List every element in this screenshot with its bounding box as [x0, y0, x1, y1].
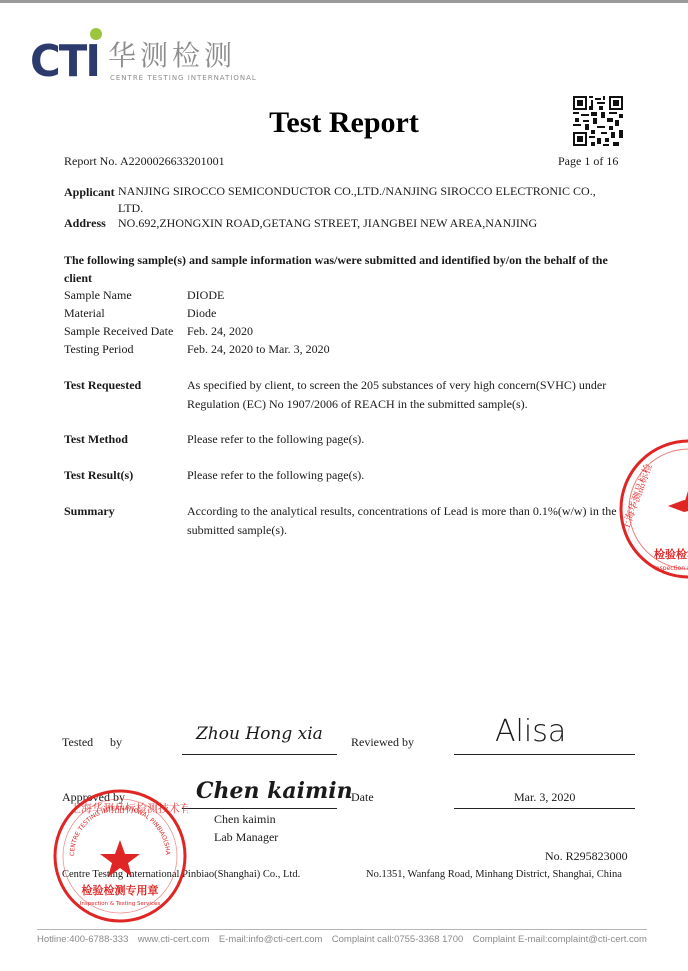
sample-name-label: Sample Name	[64, 287, 132, 304]
applicant-value: NANJING SIROCCO SEMICONDUCTOR CO.,LTD./N…	[118, 183, 618, 217]
test-results-label: Test Result(s)	[64, 467, 133, 484]
logo-chinese-name: 华测检测	[108, 40, 236, 72]
reviewed-label: Reviewed by	[351, 734, 414, 751]
date-label: Date	[351, 789, 374, 806]
footer-divider	[37, 929, 647, 930]
top-border	[0, 0, 688, 3]
summary-value: According to the analytical results, con…	[187, 502, 627, 540]
footer-website[interactable]: www.cti-cert.com	[138, 934, 210, 945]
test-results-value: Please refer to the following page(s).	[187, 467, 364, 484]
svg-text:Inspection & Testing Services: Inspection & Testing Services	[654, 565, 688, 572]
tested-by-label: by	[110, 734, 122, 751]
page-of: of	[593, 154, 603, 168]
testing-period-value: Feb. 24, 2020 to Mar. 3, 2020	[187, 341, 330, 358]
page-indicator: Page 1 of 16	[558, 153, 618, 170]
svg-text:上海华测品标检: 上海华测品标检	[619, 462, 655, 532]
footer-email[interactable]: E-mail:info@cti-cert.com	[219, 934, 323, 945]
date-value: Mar. 3, 2020	[514, 789, 575, 806]
footer-hotline: Hotline:400-6788-333	[37, 934, 128, 945]
logo-english-name: CENTRE TESTING INTERNATIONAL	[110, 74, 257, 82]
received-date-label: Sample Received Date	[64, 323, 173, 340]
svg-text:检验检测专用章: 检验检测专用章	[654, 547, 688, 561]
document-title: Test Report	[0, 106, 688, 140]
approver-signature-line	[182, 808, 337, 809]
applicant-label: Applicant	[64, 184, 115, 201]
testing-period-label: Testing Period	[64, 341, 134, 358]
test-method-value: Please refer to the following page(s).	[187, 431, 364, 448]
tested-label: Tested	[62, 734, 93, 751]
reviewer-signature: Alisa	[495, 714, 566, 749]
inspection-seal-stamp-icon: CENTRE TESTING INTERNATIONAL PINBIAO(SHA…	[52, 788, 188, 924]
test-method-label: Test Method	[64, 431, 128, 448]
svg-text:上海华测品标检测技术有限公司: 上海华测品标检测技术有限公司	[70, 801, 188, 815]
approver-title: Lab Manager	[214, 829, 278, 846]
tester-signature: Zhou Hong xia	[196, 724, 323, 744]
approver-name: Chen kaimin	[214, 811, 276, 828]
date-line	[454, 808, 635, 809]
svg-text:检验检测专用章: 检验检测专用章	[82, 883, 159, 897]
test-requested-value: As specified by client, to screen the 20…	[187, 376, 627, 414]
page-total: 16	[606, 154, 618, 168]
company-seal-stamp-icon: 检验检测专用章 Inspection & Testing Services 上海…	[614, 436, 688, 582]
sample-name-value: DIODE	[187, 287, 224, 304]
address-value: NO.692,ZHONGXIN ROAD,GETANG STREET, JIAN…	[118, 215, 537, 232]
report-no-value: A2200026633201001	[120, 153, 225, 170]
test-requested-label: Test Requested	[64, 377, 141, 394]
report-no-label: Report No.	[64, 153, 117, 170]
footer-contact: Hotline:400-6788-333 www.cti-cert.com E-…	[37, 934, 647, 945]
received-date-value: Feb. 24, 2020	[187, 323, 253, 340]
cti-logo: CTI 华测检测 CENTRE TESTING INTERNATIONAL	[30, 28, 260, 88]
footer-complaint-email[interactable]: Complaint E-mail:complaint@cti-cert.com	[473, 934, 647, 945]
page-current: 1	[584, 154, 590, 168]
footer-complaint-call: Complaint call:0755-3368 1700	[332, 934, 464, 945]
material-value: Diode	[187, 305, 216, 322]
certificate-number: No. R295823000	[545, 848, 628, 865]
material-label: Material	[64, 305, 105, 322]
summary-label: Summary	[64, 503, 115, 520]
issuer-address: No.1351, Wanfang Road, Minhang District,…	[366, 866, 622, 883]
approver-signature: Chen kaimin	[196, 778, 353, 804]
svg-text:Inspection & Testing Services: Inspection & Testing Services	[80, 901, 161, 907]
svg-text:CENTRE TESTING INTERNATIONAL P: CENTRE TESTING INTERNATIONAL PINBIAO(SHA…	[52, 788, 171, 856]
sample-intro: The following sample(s) and sample infor…	[64, 251, 624, 287]
logo-mark: CTI	[30, 40, 99, 84]
address-label: Address	[64, 215, 106, 232]
tester-signature-line	[182, 754, 337, 755]
page-label: Page	[558, 154, 581, 168]
reviewer-signature-line	[454, 754, 635, 755]
